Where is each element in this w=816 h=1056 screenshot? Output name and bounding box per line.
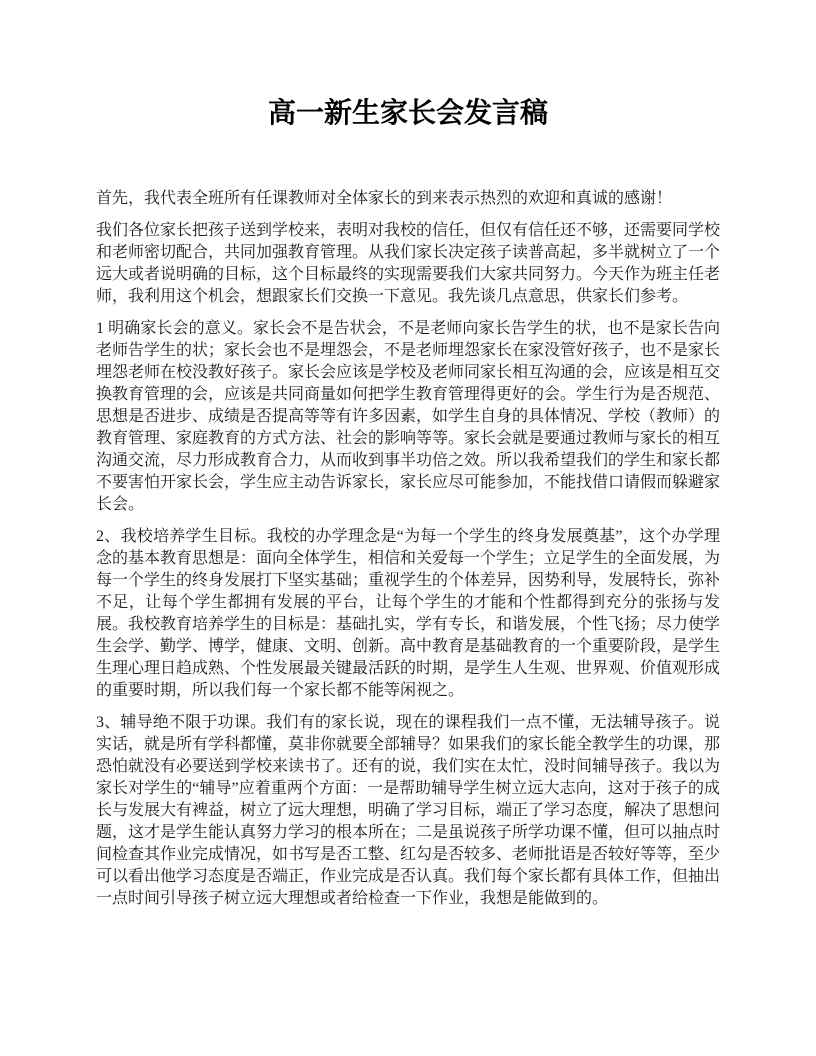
paragraph-intro: 我们各位家长把孩子送到学校来，表明对我校的信任，但仅有信任还不够，还需要同学校和… <box>96 220 720 308</box>
paragraph-point-2-school-goals: 2、我校培养学生目标。我校的办学理念是“为每一个学生的终身发展奠基”，这个办学理… <box>96 526 720 702</box>
document-page: 高一新生家长会发言稿 首先，我代表全班所有任课教师对全体家长的到来表示热烈的欢迎… <box>0 0 816 1056</box>
paragraph-greeting: 首先，我代表全班所有任课教师对全体家长的到来表示热烈的欢迎和真诚的感谢！ <box>96 188 720 210</box>
paragraph-point-3-tutoring: 3、辅导绝不限于功课。我们有的家长说，现在的课程我们一点不懂，无法辅导孩子。说实… <box>96 712 720 910</box>
document-title: 高一新生家长会发言稿 <box>96 96 720 132</box>
paragraph-point-1-meaning-of-meeting: 1 明确家长会的意义。家长会不是告状会，不是老师向家长告学生的状，也不是家长告向… <box>96 318 720 516</box>
